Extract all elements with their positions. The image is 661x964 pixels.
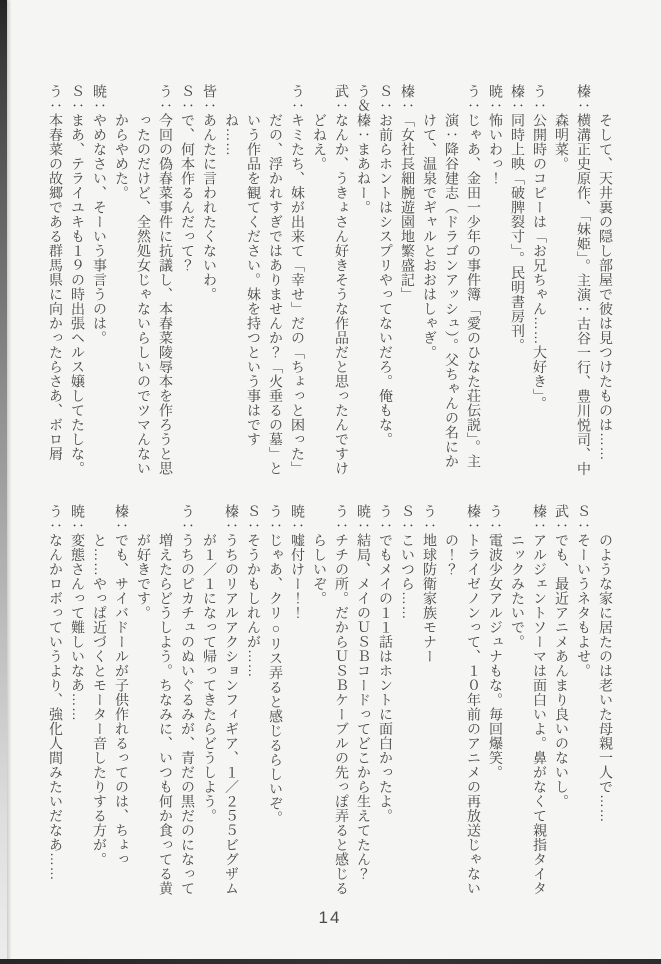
dialogue-line: う：じゃあ、クリ○リス弄ると感じるらしいぞ。 bbox=[265, 504, 287, 904]
dialogue-line: Ｓ：まあ、テライユキも１９の時出張ヘルス嬢してたしな。 bbox=[67, 84, 89, 482]
dialogue-line: う＆榛：まあねー。 bbox=[353, 84, 375, 482]
dialogue-line: Ｓ：そうかもしれんが…… bbox=[243, 504, 265, 904]
dialogue-line: 榛：アルジェントソーマは面白いよ。鼻がなくて親指タイタニックみたいで。 bbox=[507, 504, 551, 904]
dialogue-line: Ｓ：そーいうネタもよせ。 bbox=[573, 504, 595, 904]
dialogue-line: 榛：でも、サイバドールが子供作れるってのは、ちょっと……やっぱ近づくとモーター音… bbox=[89, 504, 133, 904]
dialogue-line: 榛：うちのリアルアクションフィギア、１／２５５ビグザムが１／１になって帰ってきた… bbox=[199, 504, 243, 904]
dialogue-line: 榛：トライゼノンって、１０年前のアニメの再放送じゃないの！？ bbox=[441, 504, 485, 904]
dialogue-block-bottom: のような家に居たのは老いた母親一人で……Ｓ：そーいうネタもよせ。武：でも、最近ア… bbox=[45, 504, 617, 904]
dialogue-line: 榛：同時上映「破脾裂寸」。民明書房刊。 bbox=[507, 84, 529, 482]
dialogue-line: う：チチの所。だからＵＳＢケーブルの先っぽ弄ると感じるらしいぞ。 bbox=[309, 504, 353, 904]
dialogue-line: 榛：横溝正史原作、「妹姫」。主演：古谷一行、豊川悦司、中森明菜。 bbox=[551, 84, 595, 482]
dialogue-block-top: そして、天井裏の隠し部屋で彼は見つけたものは……榛：横溝正史原作、「妹姫」。主演… bbox=[45, 84, 617, 482]
dialogue-line: う：地球防衛家族モナー bbox=[419, 504, 441, 904]
dialogue-line: Ｓ：こいつら…… bbox=[397, 504, 419, 904]
dialogue-line: Ｓ：で、何本作るんだって？ bbox=[177, 84, 199, 482]
dialogue-line: 榛：「女社長細腕遊園地繁盛記」 bbox=[397, 84, 419, 482]
dialogue-line: う：本春菜の故郷である群馬県に向かったらさあ、ボロ屑 bbox=[45, 84, 67, 482]
dialogue-line: そして、天井裏の隠し部屋で彼は見つけたものは…… bbox=[595, 84, 617, 482]
scan-shadow-left bbox=[0, 0, 7, 964]
dialogue-line: う：じゃあ、金田一少年の事件簿「愛のひなた荘伝説」。主演：降谷建志（ドラゴンアッ… bbox=[419, 84, 485, 482]
dialogue-line: 暁：やめなさい、そーいう事言うのは。 bbox=[89, 84, 111, 482]
dialogue-line: う：でもメイの１１話はホントに面白かったよ。 bbox=[375, 504, 397, 904]
page-number: 14 bbox=[303, 908, 357, 928]
dialogue-line: う：なんかロボっていうより、強化人間みたいだなあ…… bbox=[45, 504, 67, 904]
dialogue-line: 皆：あんたに言われたくないわ。 bbox=[199, 84, 221, 482]
dialogue-line: 暁：変態さんって難しいなあ…… bbox=[67, 504, 89, 904]
scanned-page: そして、天井裏の隠し部屋で彼は見つけたものは……榛：横溝正史原作、「妹姫」。主演… bbox=[0, 0, 661, 964]
dialogue-line: のような家に居たのは老いた母親一人で…… bbox=[595, 504, 617, 904]
scan-shadow-bottom bbox=[0, 959, 661, 964]
dialogue-line: 暁：嘘付けー！！ bbox=[287, 504, 309, 904]
dialogue-line: 暁：怖いわっ！ bbox=[485, 84, 507, 482]
dialogue-line: う：電波少女アルジュナもな。毎回爆笑。 bbox=[485, 504, 507, 904]
dialogue-line: う：今回の偽春菜事件に抗議し、本春菜陵辱本を作ろうと思ったのだけど、全然処女じゃ… bbox=[111, 84, 177, 482]
dialogue-line: う：キミたち、妹が出来て「幸せ」だの「ちょっと困った」だの、浮かれすぎではありま… bbox=[221, 84, 309, 482]
dialogue-line: Ｓ：お前らホントはシスプリやってないだろ。俺もな。 bbox=[375, 84, 397, 482]
dialogue-line: う：公開時のコピーは「お兄ちゃん……大好き」。 bbox=[529, 84, 551, 482]
dialogue-line: 武：なんか、うきょさん好きそうな作品だと思ったんですけどねえ。 bbox=[309, 84, 353, 482]
dialogue-line: う：うちのピカチュのぬいぐるみが、青だの黒だのになって増えたらどうしよう。ちなみ… bbox=[133, 504, 199, 904]
dialogue-line: 武：でも、最近アニメあんまり良いのないし。 bbox=[551, 504, 573, 904]
dialogue-line: 暁：結局、メイのＵＳＢコードってどこから生えてたん？ bbox=[353, 504, 375, 904]
